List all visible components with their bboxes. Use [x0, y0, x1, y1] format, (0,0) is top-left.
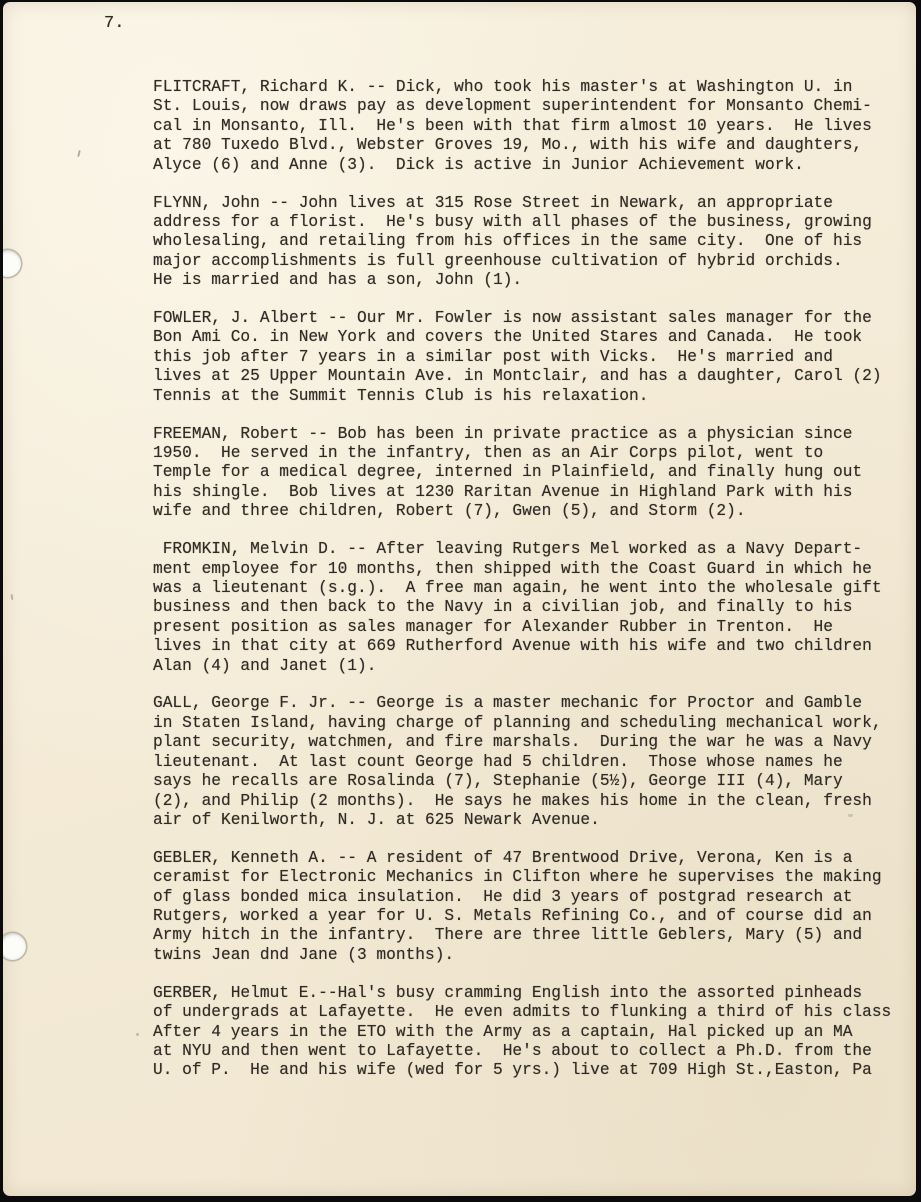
- page-number: 7.: [104, 14, 124, 34]
- paper-speck: [136, 1033, 139, 1036]
- entry-gerber: GERBER, Helmut E.--Hal's busy cramming E…: [153, 984, 903, 1081]
- entry-gebler: GEBLER, Kenneth A. -- A resident of 47 B…: [153, 849, 903, 965]
- entry-flynn: FLYNN, John -- John lives at 315 Rose St…: [153, 194, 903, 291]
- entry-gall: GALL, George F. Jr. -- George is a maste…: [153, 694, 903, 830]
- document-page: 7. FLITCRAFT, Richard K. -- Dick, who to…: [3, 2, 916, 1196]
- entry-fromkin: FROMKIN, Melvin D. -- After leaving Rutg…: [153, 540, 903, 676]
- paper-speck: [77, 150, 81, 157]
- entry-flitcraft: FLITCRAFT, Richard K. -- Dick, who took …: [153, 78, 903, 175]
- entry-freeman: FREEMAN, Robert -- Bob has been in priva…: [153, 425, 903, 522]
- page-body: FLITCRAFT, Richard K. -- Dick, who took …: [153, 78, 903, 1099]
- paper-speck: [11, 594, 14, 600]
- entry-fowler: FOWLER, J. Albert -- Our Mr. Fowler is n…: [153, 309, 903, 406]
- punch-hole-bottom: [3, 933, 26, 960]
- punch-hole-top: [3, 250, 21, 277]
